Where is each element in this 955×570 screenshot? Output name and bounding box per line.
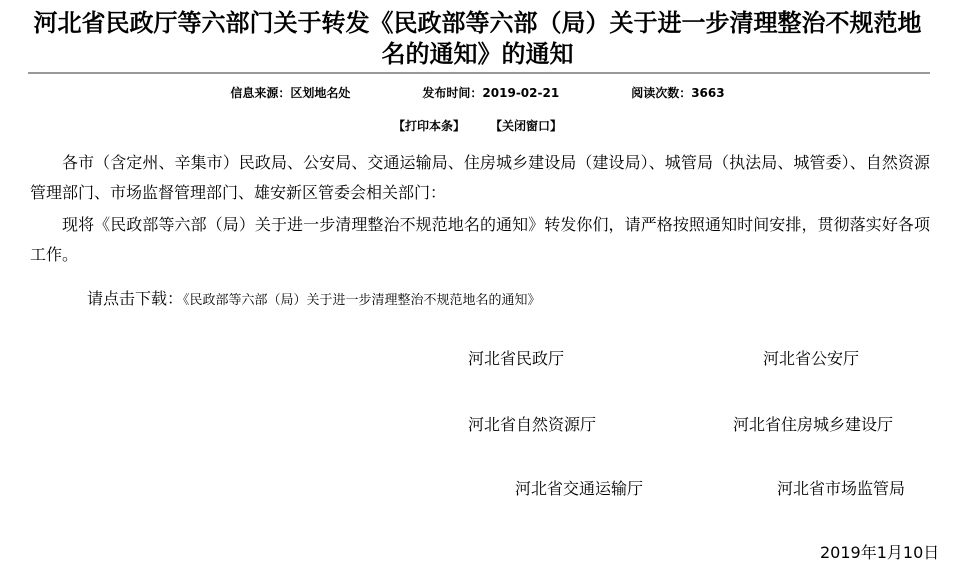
download-link[interactable]: 《民政部等六部（局）关于进一步清理整治不规范地名的通知》 [183,293,541,308]
meta-publish-value: 2019-02-21 [482,86,559,100]
signature-date: 2019年1月10日 [820,544,939,562]
meta-publish-label: 发布时间： [422,86,482,100]
meta-publish-time: 发布时间：2019-02-21 [422,86,559,100]
meta-views-value: 3663 [691,86,724,100]
download-line: 请点击下载：《民政部等六部（局）关于进一步清理整治不规范地名的通知》 [30,284,930,316]
meta-source-label: 信息来源： [230,86,290,100]
title-divider [28,72,930,74]
signature-public-security: 河北省公安厅 [763,350,859,368]
meta-source-value: 区划地名处 [290,86,350,100]
meta-source: 信息来源：区划地名处 [230,86,350,100]
download-label: 请点击下载： [87,289,183,308]
forward-paragraph: 现将《民政部等六部（局）关于进一步清理整治不规范地名的通知》转发你们，请严格按照… [30,210,930,270]
page-title: 河北省民政厅等六部门关于转发《民政部等六部（局）关于进一步清理整治不规范地名的通… [30,8,925,70]
actions-bar: 【打印本条】 【关闭窗口】 [0,119,955,134]
signature-market-regulation: 河北省市场监管局 [777,480,905,498]
signature-transport: 河北省交通运输厅 [515,480,643,498]
notice-article-page: 河北省民政厅等六部门关于转发《民政部等六部（局）关于进一步清理整治不规范地名的通… [0,0,955,570]
print-button[interactable]: 【打印本条】 [393,119,465,134]
signature-civil-affairs: 河北省民政厅 [468,350,564,368]
signature-natural-resources: 河北省自然资源厅 [468,416,596,434]
recipients-paragraph: 各市（含定州、辛集市）民政局、公安局、交通运输局、住房城乡建设局（建设局）、城管… [30,148,930,208]
meta-bar: 信息来源：区划地名处 发布时间：2019-02-21 阅读次数：3663 [0,86,955,100]
meta-view-count: 阅读次数：3663 [631,86,724,100]
notice-body: 各市（含定州、辛集市）民政局、公安局、交通运输局、住房城乡建设局（建设局）、城管… [30,148,930,316]
meta-views-label: 阅读次数： [631,86,691,100]
close-window-button[interactable]: 【关闭窗口】 [490,119,562,134]
signature-housing-construction: 河北省住房城乡建设厅 [733,416,893,434]
